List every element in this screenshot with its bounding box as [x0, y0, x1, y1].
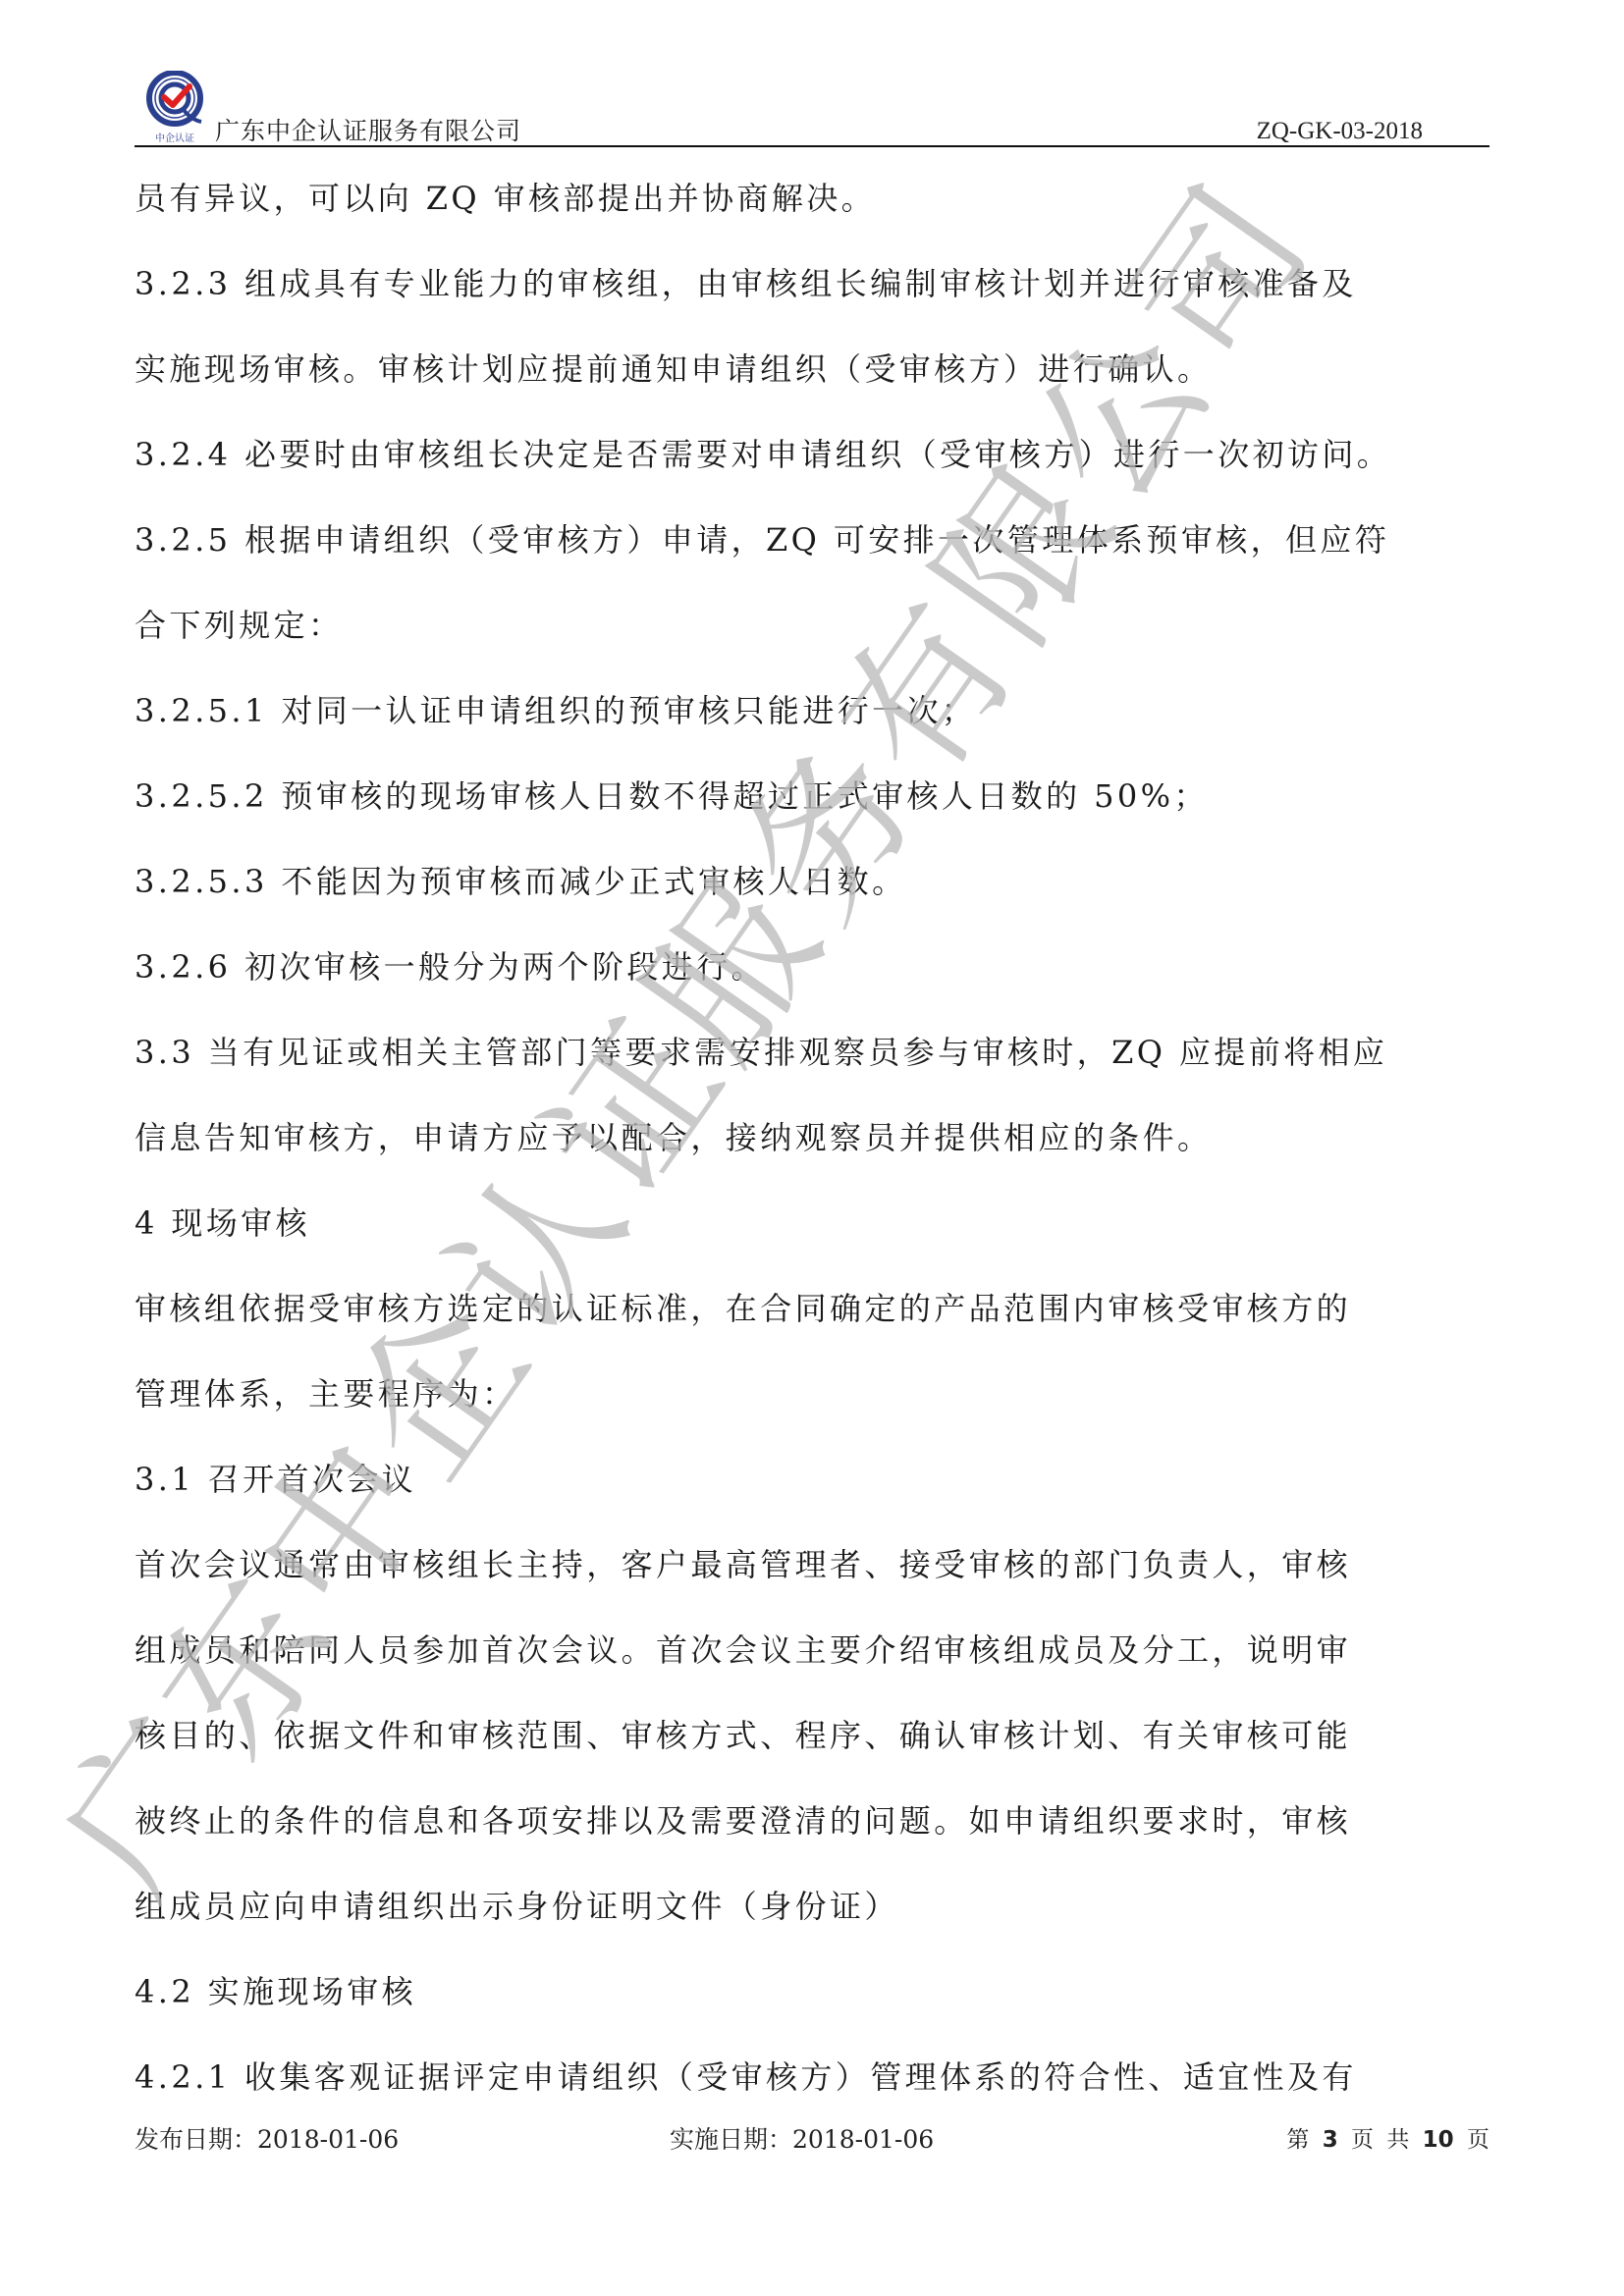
- paragraph-line: 审核组依据受审核方选定的认证标准，在合同确定的产品范围内审核受审核方的: [135, 1287, 1351, 1330]
- document-code: ZQ-GK-03-2018: [1257, 118, 1423, 145]
- company-logo: 中企认证: [144, 71, 205, 145]
- paragraph-line: 首次会议通常由审核组长主持，客户最高管理者、接受审核的部门负责人，审核: [135, 1543, 1351, 1586]
- svg-text:中企认证: 中企认证: [155, 132, 194, 144]
- paragraph-line: 4.2.1 收集客观证据评定申请组织（受审核方）管理体系的符合性、适宜性及有: [135, 2056, 1357, 2099]
- paragraph-line: 3.2.6 初次审核一般分为两个阶段进行。: [135, 945, 766, 988]
- company-name: 广东中企认证服务有限公司: [215, 118, 521, 145]
- paragraph-line: 3.3 当有见证或相关主管部门等要求需安排观察员参与审核时，ZQ 应提前将相应: [135, 1031, 1387, 1074]
- paragraph-line: 组成员和陪同人员参加首次会议。首次会议主要介绍审核组成员及分工，说明审: [135, 1629, 1351, 1672]
- page-number: 第 3 页 共 10 页: [1286, 2120, 1489, 2160]
- page-footer: 发布日期：2018-01-06 实施日期：2018-01-06 第 3 页 共 …: [135, 2120, 1489, 2160]
- paragraph-line: 3.2.3 组成具有专业能力的审核组，由审核组长编制审核计划并进行审核准备及: [135, 262, 1357, 305]
- paragraph-line: 核目的、依据文件和审核范围、审核方式、程序、确认审核计划、有关审核可能: [135, 1714, 1351, 1757]
- paragraph-line: 3.2.5.1 对同一认证申请组织的预审核只能进行一次；: [135, 689, 976, 732]
- section-heading: 4.2 实施现场审核: [135, 1970, 416, 2013]
- paragraph-line: 组成员应向申请组织出示身份证明文件（身份证）: [135, 1885, 899, 1928]
- paragraph-line: 3.2.5 根据申请组织（受审核方）申请，ZQ 可安排一次管理体系预审核，但应符: [135, 518, 1389, 561]
- issue-date: 发布日期：2018-01-06: [135, 2120, 399, 2160]
- page-header: 中企认证 广东中企认证服务有限公司 ZQ-GK-03-2018: [135, 63, 1489, 147]
- paragraph-line: 3.2.4 必要时由审核组长决定是否需要对申请组织（受审核方）进行一次初访问。: [135, 433, 1391, 476]
- paragraph-line: 员有异议，可以向 ZQ 审核部提出并协商解决。: [135, 177, 876, 220]
- paragraph-line: 3.2.5.2 预审核的现场审核人日数不得超过正式审核人日数的 50%；: [135, 774, 1209, 818]
- paragraph-line: 实施现场审核。审核计划应提前通知申请组织（受审核方）进行确认。: [135, 347, 1212, 391]
- paragraph-line: 信息告知审核方，申请方应予以配合，接纳观察员并提供相应的条件。: [135, 1116, 1212, 1159]
- section-heading: 4 现场审核: [135, 1201, 310, 1245]
- paragraph-line: 管理体系，主要程序为：: [135, 1372, 516, 1415]
- effective-date: 实施日期：2018-01-06: [670, 2120, 934, 2160]
- paragraph-line: 3.2.5.3 不能因为预审核而减少正式审核人日数。: [135, 860, 907, 903]
- logo-q-check-icon: 中企认证: [144, 71, 205, 145]
- document-page: 中企认证 广东中企认证服务有限公司 ZQ-GK-03-2018 员有异议，可以向…: [0, 0, 1624, 2296]
- paragraph-line: 合下列规定：: [135, 604, 343, 647]
- paragraph-line: 被终止的条件的信息和各项安排以及需要澄清的问题。如申请组织要求时，审核: [135, 1799, 1351, 1842]
- section-heading: 3.1 召开首次会议: [135, 1458, 416, 1501]
- header-divider: [135, 145, 1489, 147]
